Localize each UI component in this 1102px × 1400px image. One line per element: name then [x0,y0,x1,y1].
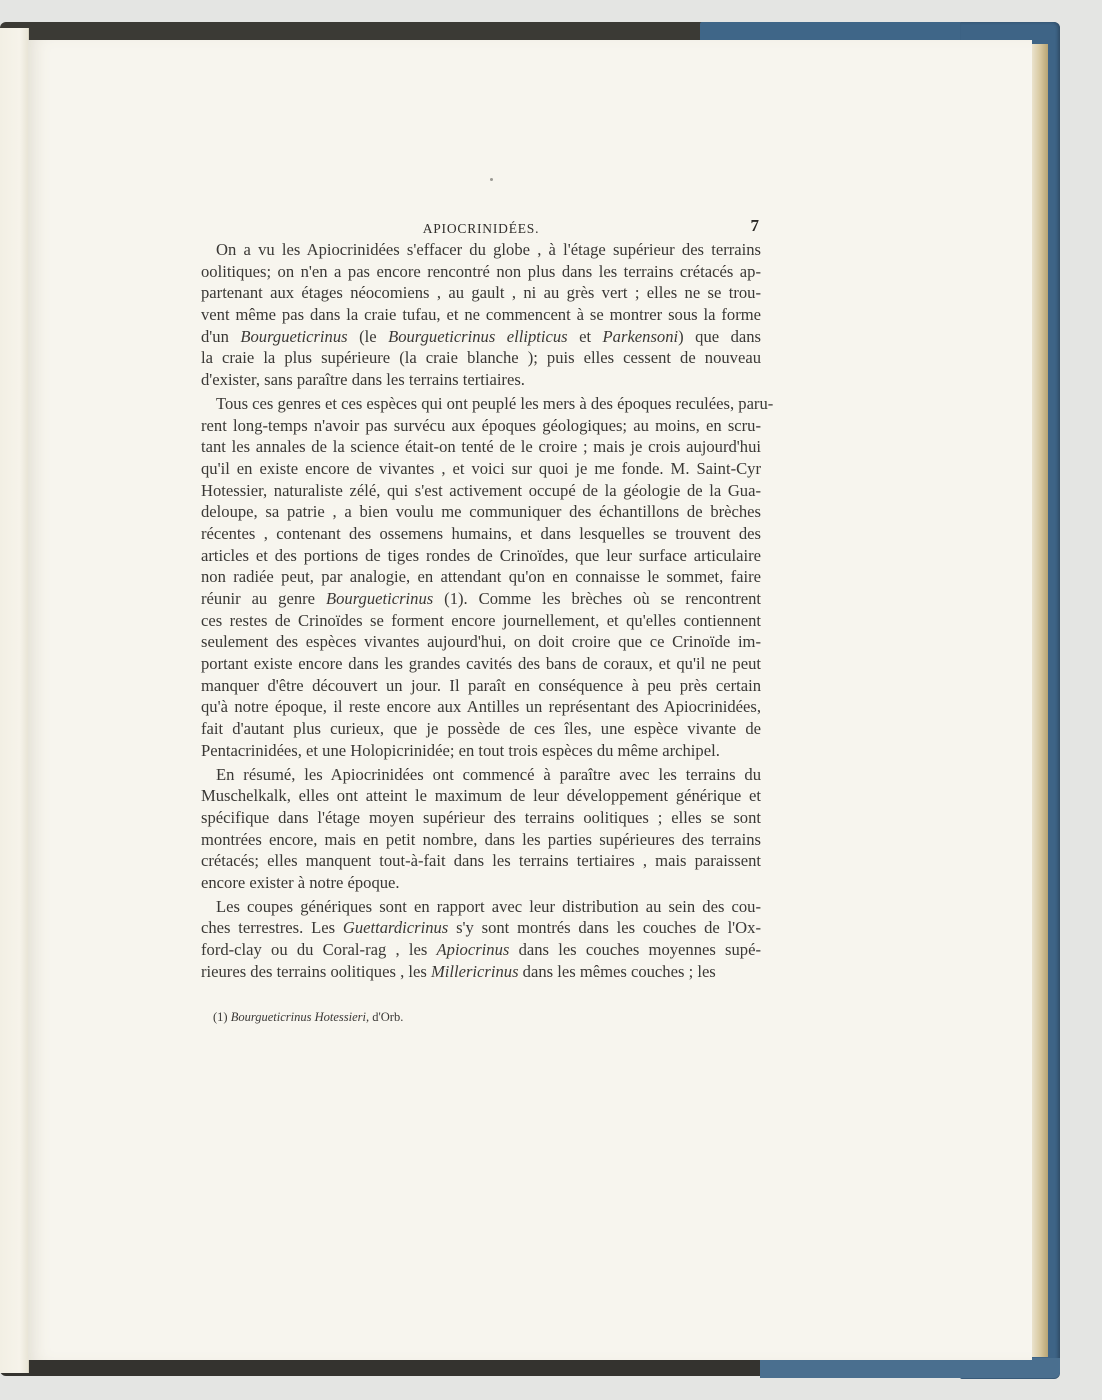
text-line: portant existe encore dans les grandes c… [201,653,761,675]
paragraph: On a vu les Apiocrinidées s'effacer du g… [201,239,761,391]
taxon-name: Parkensoni [603,327,679,346]
text-line: ches terrestres. Les Guettardicrinus s'y… [201,917,761,939]
book-cover-bottom-edge [760,1358,1060,1378]
text-line: tant les annales de la science était-on … [201,436,761,458]
running-head: APIOCRINIDÉES. 7 [201,215,761,237]
taxon-name: Bourgueticrinus ellipticus [388,327,568,346]
text-line: ford-clay ou du Coral-rag , les Apiocrin… [201,939,761,961]
taxon-name: Bourgueticrinus [326,589,433,608]
text-line: récentes , contenant des ossemens humain… [201,523,761,545]
text-line: On a vu les Apiocrinidées s'effacer du g… [201,239,761,261]
text-line: encore exister à notre époque. [201,872,761,894]
text-line: qu'il en existe encore de vivantes , et … [201,458,761,480]
text-line: articles et des portions de tiges rondes… [201,545,761,567]
page-number: 7 [751,215,760,237]
text-line: la craie la plus supérieure (la craie bl… [201,347,761,369]
text-line: seulement des espèces vivantes aujourd'h… [201,631,761,653]
page-text-block: APIOCRINIDÉES. 7 On a vu les Apiocrinidé… [201,215,761,982]
text-line: fait d'autant plus curieux, que je possè… [201,718,761,740]
text-line: deloupe, sa patrie , a bien voulu me com… [201,501,761,523]
text-line: partenant aux étages néocomiens , au gau… [201,282,761,304]
text-line: ces restes de Crinoïdes se forment encor… [201,610,761,632]
footnote: (1) Bourgueticrinus Hotessieri, d'Orb. [213,1010,403,1025]
previous-page-edge [0,28,29,1373]
taxon-name: Millericrinus [431,962,519,981]
text-line: montrées encore, mais en petit nombre, d… [201,829,761,851]
text-line: non radiée peut, par analogie, en attend… [201,566,761,588]
text-line: rent long-temps n'avoir pas survécu aux … [201,415,761,437]
text-line: Les coupes génériques sont en rapport av… [201,896,761,918]
text-line: Hotessier, naturaliste zélé, qui s'est a… [201,480,761,502]
text-line: Pentacrinidées, et une Holopicrinidée; e… [201,740,761,762]
footnote-author: d'Orb. [372,1010,403,1024]
text-line: d'un Bourgueticrinus (le Bourgueticrinus… [201,326,761,348]
taxon-name: Apiocrinus [437,940,510,959]
ink-speck [490,178,493,181]
footnote-marker: (1) [213,1010,228,1024]
page-block-edge [1030,44,1048,1357]
text-line: Tous ces genres et ces espèces qui ont p… [201,393,761,415]
text-line: Muschelkalk, elles ont atteint le maximu… [201,785,761,807]
taxon-name: Bourgueticrinus [240,327,347,346]
running-title: APIOCRINIDÉES. [201,218,761,240]
text-line: manquer d'être découvert un jour. Il par… [201,675,761,697]
paragraph: Les coupes génériques sont en rapport av… [201,896,761,983]
text-line: rieures des terrains oolitiques , les Mi… [201,961,761,983]
taxon-name: Guettardicrinus [343,918,448,937]
text-line: vent même pas dans la craie tufau, et ne… [201,304,761,326]
body-paragraphs: On a vu les Apiocrinidées s'effacer du g… [201,239,761,982]
text-line: spécifique dans l'étage moyen supérieur … [201,807,761,829]
text-line: réunir au genre Bourgueticrinus (1). Com… [201,588,761,610]
text-line: En résumé, les Apiocrinidées ont commenc… [201,764,761,786]
footnote-species: Bourgueticrinus Hotessieri, [231,1010,369,1024]
paragraph: En résumé, les Apiocrinidées ont commenc… [201,764,761,894]
paragraph: Tous ces genres et ces espèces qui ont p… [201,393,761,762]
text-line: crétacés; elles manquent tout-à-fait dan… [201,850,761,872]
text-line: d'exister, sans paraître dans les terrai… [201,369,761,391]
text-line: oolitiques; on n'en a pas encore rencont… [201,261,761,283]
text-line: qu'à notre époque, il reste encore aux A… [201,696,761,718]
